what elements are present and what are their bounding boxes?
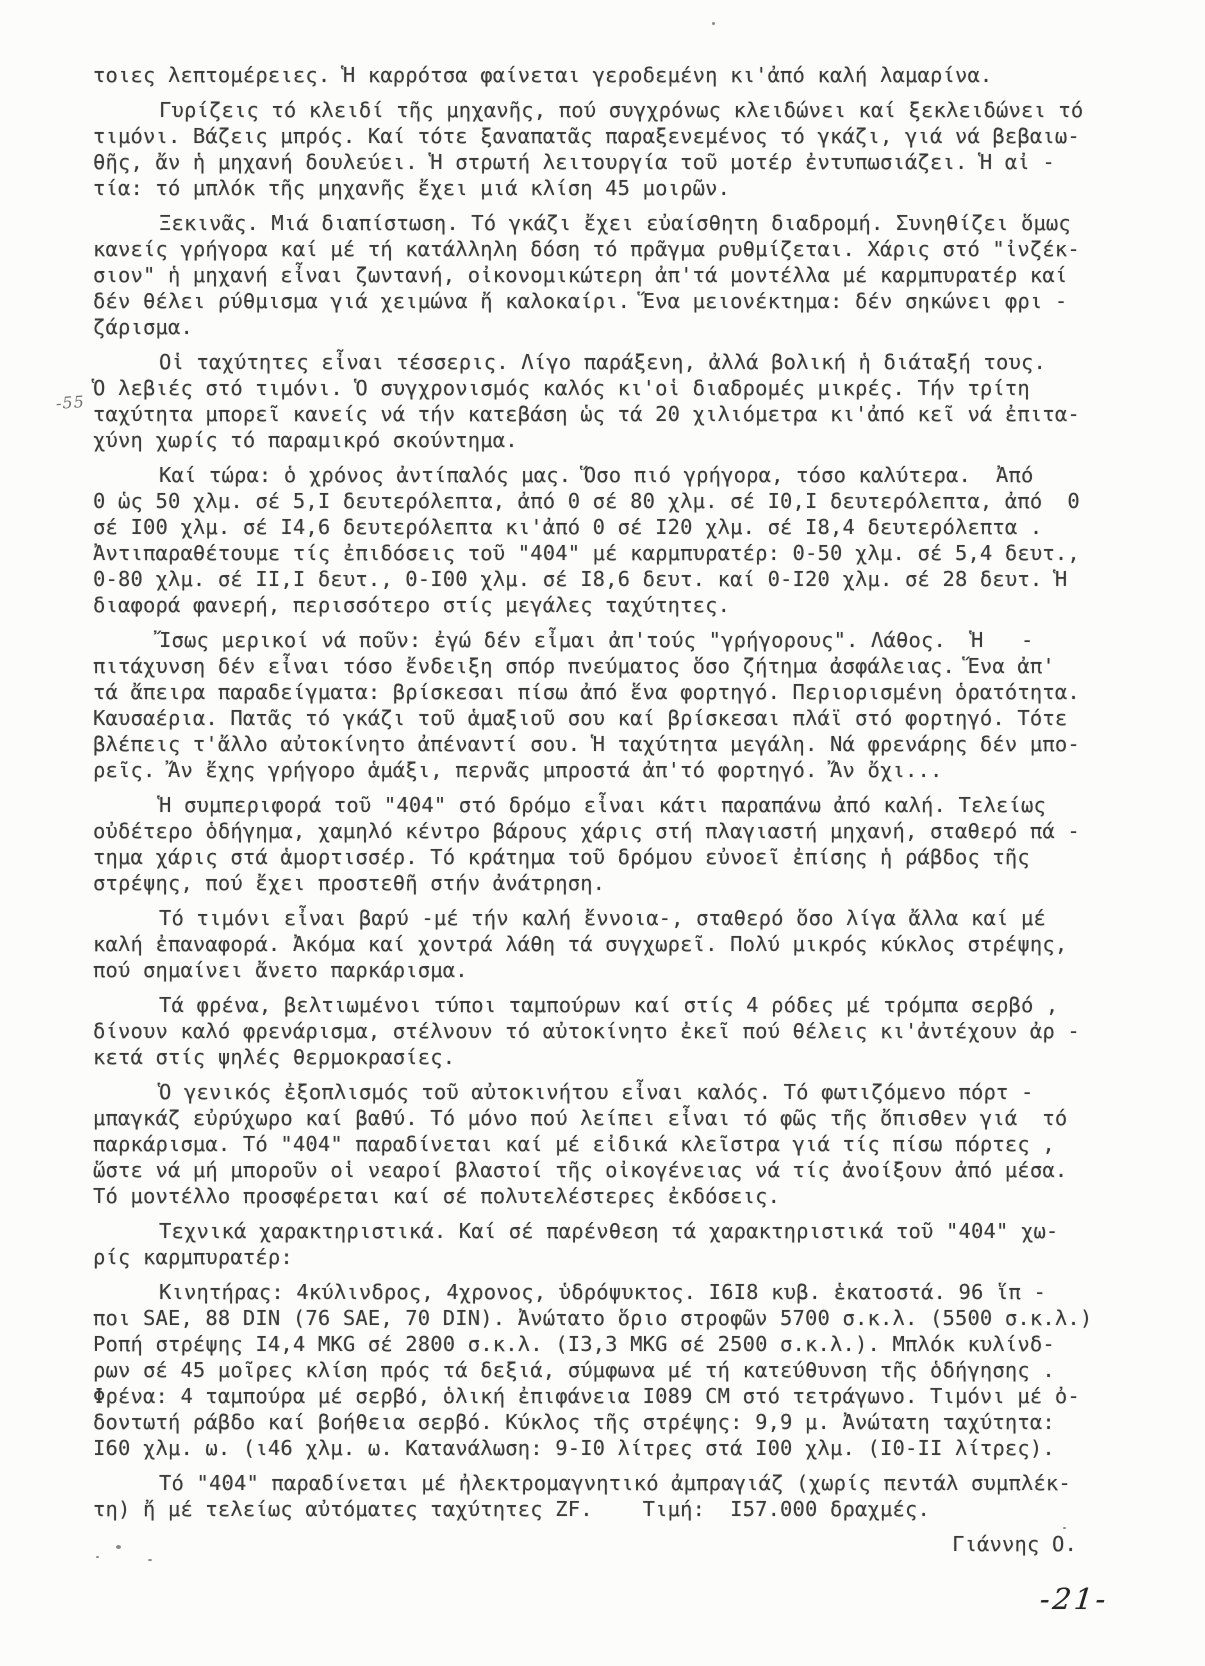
text-line: Ὁ λεβιές στό τιμόνι. Ὁ συγχρονισμός καλό…: [93, 375, 1119, 401]
paragraph: Τό τιμόνι εἶναι βαρύ -μέ τήν καλή ἔννοια…: [93, 905, 1119, 983]
text-line: τία: τό μπλόκ τῆς μηχανῆς ἔχει μιά κλίση…: [93, 175, 1119, 201]
text-line: Οἱ ταχύτητες εἶναι τέσσερις. Λίγο παράξε…: [93, 349, 1119, 375]
paragraph: Γυρίζεις τό κλειδί τῆς μηχανῆς, πού συγχ…: [93, 97, 1119, 201]
text-line: 0-80 χλμ. σέ ΙΙ,Ι δευτ., 0-Ι00 χλμ. σέ Ι…: [93, 566, 1119, 592]
paragraph: Ξεκινᾶς. Μιά διαπίστωση. Τό γκάζι ἔχει ε…: [93, 210, 1119, 340]
text-line: Καί τώρα: ὁ χρόνος ἀντίπαλός μας. Ὅσο πι…: [93, 462, 1119, 488]
text-line: τά ἄπειρα παραδείγματα: βρίσκεσαι πίσω ἀ…: [93, 679, 1119, 705]
document-page: τοιες λεπτομέρειες. Ἡ καρρότσα φαίνεται …: [0, 0, 1205, 1666]
ink-speck: [96, 1556, 99, 1558]
text-line: Φρένα: 4 ταμπούρα μέ σερβό, ὁλική ἐπιφάν…: [93, 1383, 1119, 1409]
text-line: τη) ἤ μέ τελείως αὐτόματες ταχύτητες ZF.…: [93, 1496, 1119, 1522]
author-signature: Γιάννης Ο.: [952, 1531, 1077, 1557]
text-line: ζάρισμα.: [93, 314, 1119, 340]
text-line: οὐδέτερο ὁδήγημα, χαμηλό κέντρο βάρους χ…: [93, 818, 1119, 844]
paragraph: Ἡ συμπεριφορά τοῦ "404" στό δρόμο εἶναι …: [93, 792, 1119, 896]
text-line: Ι60 χλμ. ω. (ι46 χλμ. ω. Κατανάλωση: 9-Ι…: [93, 1435, 1119, 1461]
text-line: ὥστε νά μή μποροῦν οἱ νεαροί βλαστοί τῆς…: [93, 1157, 1119, 1183]
text-line: τιμόνι. Βάζεις μπρός. Καί τότε ξαναπατᾶς…: [93, 123, 1119, 149]
text-line: Ἡ συμπεριφορά τοῦ "404" στό δρόμο εἶναι …: [93, 792, 1119, 818]
text-line: ρων σέ 45 μοῖρες κλίση πρός τά δεξιά, σύ…: [93, 1357, 1119, 1383]
text-line: ρίς καρμπυρατέρ:: [93, 1244, 1119, 1270]
paragraph: Τά φρένα, βελτιωμένοι τύποι ταμπούρων κα…: [93, 992, 1119, 1070]
text-line: Γυρίζεις τό κλειδί τῆς μηχανῆς, πού συγχ…: [93, 97, 1119, 123]
text-line: δοντωτή ράβδο καί βοήθεια σερβό. Κύκλος …: [93, 1409, 1119, 1435]
text-line: κετά στίς ψηλές θερμοκρασίες.: [93, 1044, 1119, 1070]
text-line: Τεχνικά χαρακτηριστικά. Καί σέ παρένθεση…: [93, 1218, 1119, 1244]
text-line: χύνη χωρίς τό παραμικρό σκούντημα.: [93, 427, 1119, 453]
text-line: βλέπεις τ'ἄλλο αὐτοκίνητο ἀπέναντί σου. …: [93, 731, 1119, 757]
paragraph: Ὁ γενικός ἐξοπλισμός τοῦ αὐτοκινήτου εἶν…: [93, 1079, 1119, 1209]
text-line: τημα χάρις στά ἁμορτισσέρ. Τό κράτημα το…: [93, 844, 1119, 870]
text-line: καλή ἐπαναφορά. Ἀκόμα καί χοντρά λάθη τά…: [93, 931, 1119, 957]
paragraph: Οἱ ταχύτητες εἶναι τέσσερις. Λίγο παράξε…: [93, 349, 1119, 453]
handwritten-margin-note: -55: [55, 392, 85, 413]
paragraph: Ἴσως μερικοί νά ποῦν: ἐγώ δέν εἶμαι ἀπ'τ…: [93, 627, 1119, 783]
text-line: σιον" ἡ μηχανή εἶναι ζωντανή, οἰκονομικώ…: [93, 262, 1119, 288]
ink-speck: [148, 1559, 152, 1561]
text-line: θῆς, ἄν ἡ μηχανή δουλεύει. Ἡ στρωτή λειτ…: [93, 149, 1119, 175]
paragraph: Τό "404" παραδίνεται μέ ἠλεκτρομαγνητικό…: [93, 1470, 1119, 1522]
text-line: Κινητήρας: 4κύλινδρος, 4χρονος, ὑδρόψυκτ…: [93, 1279, 1119, 1305]
text-line: ρεῖς. Ἄν ἔχης γρήγορο ἁμάξι, περνᾶς μπρο…: [93, 757, 1119, 783]
ink-speck: [712, 22, 715, 25]
handwritten-page-number: -21-: [1038, 1582, 1110, 1616]
text-line: ποι SAE, 88 DIN (76 SAE, 70 DIN). Ἀνώτατ…: [93, 1305, 1119, 1331]
text-line: Τά φρένα, βελτιωμένοι τύποι ταμπούρων κα…: [93, 992, 1119, 1018]
text-line: Ροπή στρέψης Ι4,4 MKG σέ 2800 σ.κ.λ. (Ι3…: [93, 1331, 1119, 1357]
text-line: στρέψης, πού ἔχει προστεθῆ στήν ἀνάτρηση…: [93, 870, 1119, 896]
text-line: ταχύτητα μπορεῖ κανείς νά τήν κατεβάση ὡ…: [93, 401, 1119, 427]
text-line: Ὁ γενικός ἐξοπλισμός τοῦ αὐτοκινήτου εἶν…: [93, 1079, 1119, 1105]
text-line: πιτάχυνση δέν εἶναι τόσο ἔνδειξη σπόρ πν…: [93, 653, 1119, 679]
text-line: διαφορά φανερή, περισσότερο στίς μεγάλες…: [93, 592, 1119, 618]
text-line: μπαγκάζ εὐρύχωρο καί βαθύ. Τό μόνο πού λ…: [93, 1105, 1119, 1131]
text-line: τοιες λεπτομέρειες. Ἡ καρρότσα φαίνεται …: [93, 62, 1119, 88]
text-line: Τό "404" παραδίνεται μέ ἠλεκτρομαγνητικό…: [93, 1470, 1119, 1496]
paragraph: Τεχνικά χαρακτηριστικά. Καί σέ παρένθεση…: [93, 1218, 1119, 1270]
paragraph: Κινητήρας: 4κύλινδρος, 4χρονος, ὑδρόψυκτ…: [93, 1279, 1119, 1461]
text-line: δίνουν καλό φρενάρισμα, στέλνουν τό αὐτο…: [93, 1018, 1119, 1044]
text-line: Ξεκινᾶς. Μιά διαπίστωση. Τό γκάζι ἔχει ε…: [93, 210, 1119, 236]
text-line: Τό μοντέλλο προσφέρεται καί σέ πολυτελέσ…: [93, 1183, 1119, 1209]
text-block: τοιες λεπτομέρειες. Ἡ καρρότσα φαίνεται …: [93, 62, 1119, 1557]
signature-row: Γιάννης Ο.: [93, 1531, 1119, 1557]
text-line: Ἀντιπαραθέτουμε τίς ἐπιδόσεις τοῦ "404" …: [93, 540, 1119, 566]
ink-speck: [1063, 1527, 1066, 1529]
text-line: παρκάρισμα. Τό "404" παραδίνεται καί μέ …: [93, 1131, 1119, 1157]
text-line: Τό τιμόνι εἶναι βαρύ -μέ τήν καλή ἔννοια…: [93, 905, 1119, 931]
text-line: Ἴσως μερικοί νά ποῦν: ἐγώ δέν εἶμαι ἀπ'τ…: [93, 627, 1119, 653]
paragraph: Καί τώρα: ὁ χρόνος ἀντίπαλός μας. Ὅσο πι…: [93, 462, 1119, 618]
text-line: κανείς γρήγορα καί μέ τή κατάλληλη δόση …: [93, 236, 1119, 262]
text-line: σέ Ι00 χλμ. σέ Ι4,6 δευτερόλεπτα κι'ἀπό …: [93, 514, 1119, 540]
text-line: Καυσαέρια. Πατᾶς τό γκάζι τοῦ ἁμαξιοῦ σο…: [93, 705, 1119, 731]
text-line: 0 ὡς 50 χλμ. σέ 5,Ι δευτερόλεπτα, ἀπό 0 …: [93, 488, 1119, 514]
text-line: πού σημαίνει ἄνετο παρκάρισμα.: [93, 957, 1119, 983]
ink-speck: [116, 1545, 121, 1549]
text-line: δέν θέλει ρύθμισμα γιά χειμώνα ἤ καλοκαί…: [93, 288, 1119, 314]
paragraph: τοιες λεπτομέρειες. Ἡ καρρότσα φαίνεται …: [93, 62, 1119, 88]
